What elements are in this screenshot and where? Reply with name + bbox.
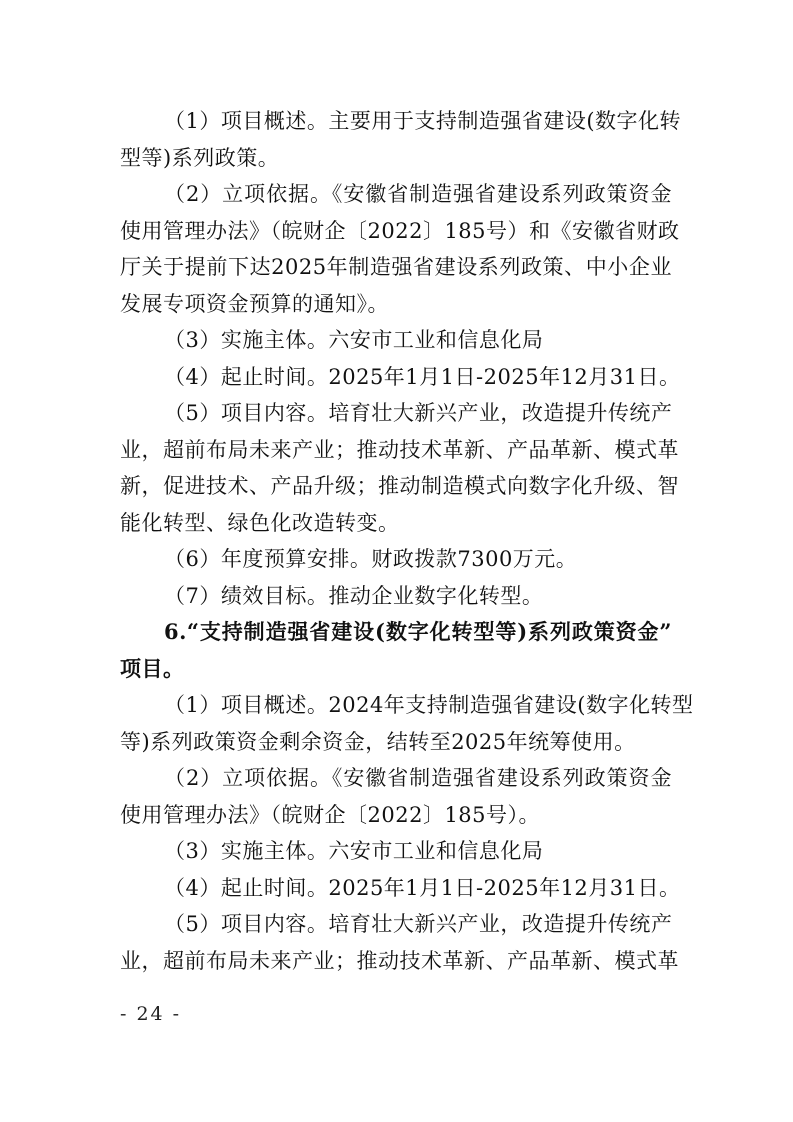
paragraph-line: 业，超前布局未来产业；推动技术革新、产品革新、模式革 [120,432,672,469]
document-body: （1）项目概述。主要用于支持制造强省建设(数字化转 型等)系列政策。 （2）立项… [120,103,672,979]
paragraph-line: 等)系列政策资金剩余资金，结转至2025年统筹使用。 [120,724,672,761]
paragraph-line: 使用管理办法》（皖财企〔2022〕185号）和《安徽省财政 [120,213,672,250]
paragraph-line: 型等)系列政策。 [120,140,672,177]
paragraph-line: 能化转型、绿色化改造转变。 [120,505,672,542]
paragraph-line: 业，超前布局未来产业；推动技术革新、产品革新、模式革 [120,943,672,980]
paragraph-line: 厅关于提前下达2025年制造强省建设系列政策、中小企业 [120,249,672,286]
page-number: - 24 - [120,1003,181,1025]
paragraph-line: （4）起止时间。2025年1月1日-2025年12月31日。 [120,870,672,907]
paragraph-line: 发展专项资金预算的通知》。 [120,286,672,323]
paragraph-line: （1）项目概述。主要用于支持制造强省建设(数字化转 [120,103,672,140]
paragraph-line: （5）项目内容。培育壮大新兴产业，改造提升传统产 [120,906,672,943]
section-heading: 6.“支持制造强省建设(数字化转型等)系列政策资金” [120,614,672,651]
paragraph-line: 使用管理办法》（皖财企〔2022〕185号）。 [120,797,672,834]
paragraph-line: （5）项目内容。培育壮大新兴产业，改造提升传统产 [120,395,672,432]
paragraph-line: （2）立项依据。《安徽省制造强省建设系列政策资金 [120,176,672,213]
paragraph-line: （7）绩效目标。推动企业数字化转型。 [120,578,672,615]
paragraph-line: （2）立项依据。《安徽省制造强省建设系列政策资金 [120,760,672,797]
paragraph-line: 新，促进技术、产品升级；推动制造模式向数字化升级、智 [120,468,672,505]
paragraph-line: （3）实施主体。六安市工业和信息化局 [120,833,672,870]
paragraph-line: （4）起止时间。2025年1月1日-2025年12月31日。 [120,359,672,396]
section-heading: 项目。 [120,651,672,688]
paragraph-line: （6）年度预算安排。财政拨款7300万元。 [120,541,672,578]
paragraph-line: （3）实施主体。六安市工业和信息化局 [120,322,672,359]
paragraph-line: （1）项目概述。2024年支持制造强省建设(数字化转型 [120,687,672,724]
